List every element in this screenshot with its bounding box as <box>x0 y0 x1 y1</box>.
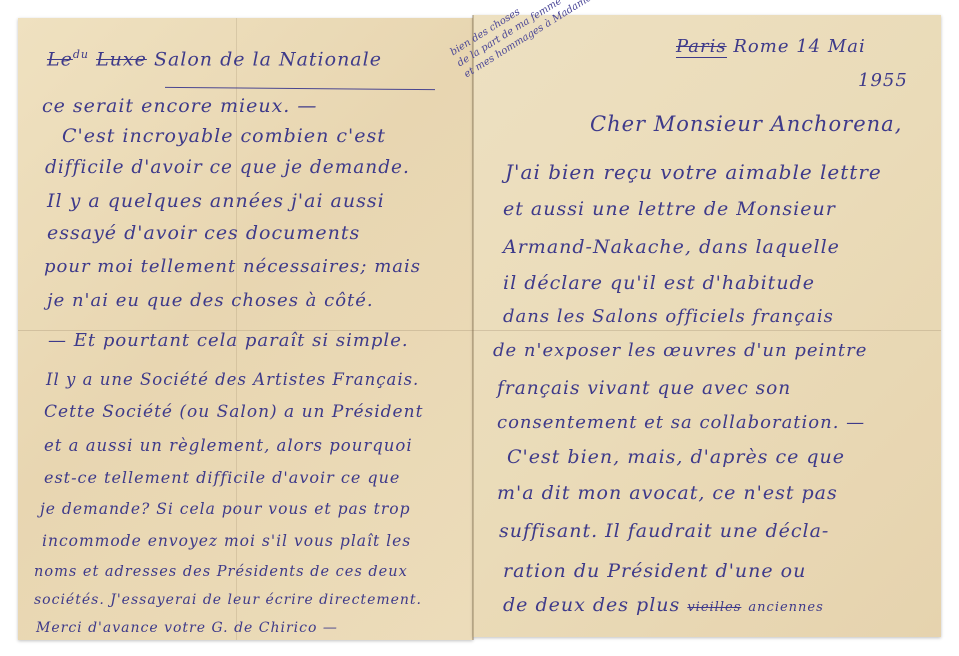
left-line-1: ce serait encore mieux. — <box>42 95 317 117</box>
left-line-9: Il y a une Société des Artistes Français… <box>46 370 419 389</box>
heading-superscript: du <box>73 48 89 61</box>
right-line-13: de deux des plus vieilles anciennes <box>503 594 824 616</box>
place-date: Paris Rome 14 Mai <box>676 36 866 57</box>
right-line-11: suffisant. Il faudrait une décla- <box>499 520 829 542</box>
left-line-3: difficile d'avoir ce que je demande. <box>45 157 410 178</box>
left-line-2: C'est incroyable combien c'est <box>62 125 386 147</box>
left-line-6: pour moi tellement nécessaires; mais <box>44 256 421 277</box>
left-line-4: Il y a quelques années j'ai aussi <box>47 190 385 212</box>
left-line-5: essayé d'avoir ces documents <box>47 222 360 244</box>
heading-text: Salon de la Nationale <box>154 48 382 70</box>
date: 14 Mai <box>796 36 866 57</box>
left-heading: Ledu Luxe Salon de la Nationale <box>47 48 382 70</box>
left-line-11: et a aussi un règlement, alors pourquoi <box>44 436 413 455</box>
left-line-12: est-ce tellement difficile d'avoir ce qu… <box>44 468 400 487</box>
right-line-8: consentement et sa collaboration. — <box>497 412 865 433</box>
right-line-13-text: de deux des plus <box>503 594 680 616</box>
struck-place: Paris <box>676 36 727 58</box>
left-line-15: noms et adresses des Présidents de ces d… <box>34 564 408 580</box>
fold-crease-center <box>472 15 474 640</box>
heading-struck-word-1: Le <box>47 48 73 70</box>
replacement-word: anciennes <box>748 600 823 615</box>
right-line-3: Armand-Nakache, dans laquelle <box>503 236 840 258</box>
right-line-5: dans les Salons officiels français <box>503 306 834 327</box>
year: 1955 <box>858 70 908 91</box>
struck-word: vieilles <box>687 600 741 615</box>
place: Rome <box>733 36 789 57</box>
right-line-4: il déclare qu'il est d'habitude <box>503 272 815 294</box>
right-line-12: ration du Président d'une ou <box>503 560 806 582</box>
right-line-1: J'ai bien reçu votre aimable lettre <box>505 160 882 184</box>
left-line-7: je n'ai eu que des choses à côté. <box>47 290 374 311</box>
right-line-10: m'a dit mon avocat, ce n'est pas <box>497 482 838 504</box>
right-line-9: C'est bien, mais, d'après ce que <box>507 446 845 468</box>
left-line-13: je demande? Si cela pour vous et pas tro… <box>40 500 411 518</box>
left-line-14: incommode envoyez moi s'il vous plaît le… <box>42 532 411 550</box>
heading-struck-word-2: Luxe <box>96 48 147 70</box>
right-line-2: et aussi une lettre de Monsieur <box>503 198 836 220</box>
salutation: Cher Monsieur Anchorena, <box>590 112 902 136</box>
left-line-17-signature: Merci d'avance votre G. de Chirico — <box>36 620 338 636</box>
left-line-16: sociétés. J'essayerai de leur écrire dir… <box>34 592 422 608</box>
right-line-6: de n'exposer les œuvres d'un peintre <box>493 340 867 361</box>
left-line-10: Cette Société (ou Salon) a un Président <box>44 402 423 422</box>
left-line-8: — Et pourtant cela paraît si simple. <box>48 330 409 351</box>
right-line-7: français vivant que avec son <box>497 378 791 399</box>
